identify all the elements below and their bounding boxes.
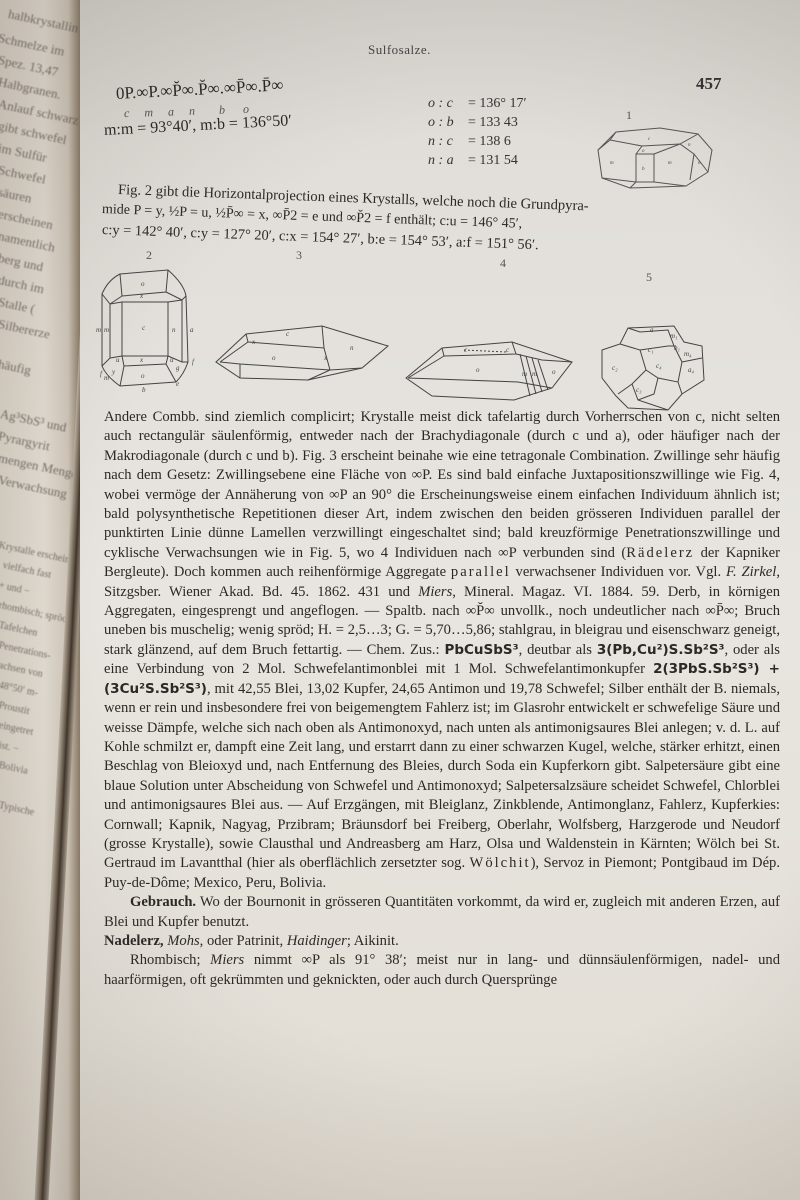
angle-row: o : b= 133 43	[428, 113, 527, 132]
chemical-formula: 3(Pb,Cu²)S.Sb²S³	[597, 642, 725, 658]
left-page-text: 48°50′ m-	[0, 680, 39, 699]
figure-number: 4	[500, 256, 506, 271]
svg-text:e: e	[176, 380, 179, 388]
svg-text:c: c	[506, 346, 510, 354]
svg-text:c: c	[464, 346, 468, 354]
angle-row: n : c= 138 6	[428, 132, 527, 151]
crystal-drawing-2: oxc namm uxu gfo bem fy	[96, 266, 196, 394]
svg-text:f: f	[100, 370, 103, 378]
body-text: Andere Combb. sind ziemlich complicirt; …	[104, 408, 780, 990]
svg-text:x: x	[139, 292, 144, 300]
svg-text:m: m	[104, 326, 109, 334]
crystal-drawing-3: cxo nx	[212, 320, 392, 392]
svg-text:u: u	[116, 356, 120, 364]
left-page-text: + und −	[0, 580, 31, 597]
svg-text:m₄: m₄	[684, 350, 692, 358]
svg-text:a: a	[650, 326, 654, 334]
svg-text:o: o	[552, 368, 556, 376]
svg-text:c₁: c₁	[648, 346, 654, 354]
svg-text:o: o	[141, 372, 145, 380]
left-page-text: Stalle (	[0, 294, 36, 317]
svg-text:g: g	[176, 364, 180, 372]
paragraph-nadelerz-description: Rhombisch; Miers nimmt ∞P als 91° 38′; m…	[104, 951, 780, 990]
svg-text:c₂: c₂	[612, 364, 618, 372]
crystal-forms-formula: 0P.∞P.∞P̆∞.P̆∞.∞P̄∞.P̄∞	[115, 75, 283, 104]
svg-text:m: m	[96, 326, 101, 334]
svg-text:m: m	[610, 161, 614, 166]
figure-number: 2	[146, 248, 152, 263]
svg-text:o: o	[141, 280, 145, 288]
svg-text:u: u	[170, 356, 174, 364]
angle-table: o : c= 136° 17′ o : b= 133 43 n : c= 138…	[428, 94, 527, 170]
left-page-text: vielfach fast	[2, 560, 52, 581]
svg-text:c₄: c₄	[656, 362, 662, 370]
figure-number: 5	[646, 270, 652, 285]
left-page-text: Typische	[0, 800, 35, 818]
book-page: Sulfosalze. 457 0P.∞P.∞P̆∞.P̆∞.∞P̄∞.P̄∞ …	[80, 0, 800, 1200]
left-page-text: achsen von	[0, 660, 44, 680]
svg-text:a: a	[190, 326, 194, 334]
svg-text:y: y	[111, 368, 116, 376]
crystal-drawing-4: cco mmo	[402, 336, 582, 406]
left-page-text: eingetret	[0, 720, 34, 738]
svg-text:x: x	[139, 356, 144, 364]
paragraph-nadelerz-title: Nadelerz, Mohs, oder Patrinit, Haidinger…	[104, 932, 780, 951]
term-woelchit: Wölchit	[470, 855, 531, 871]
left-page-text: säuren	[0, 184, 33, 207]
running-head: Sulfosalze.	[368, 42, 431, 58]
author-miers: Miers	[418, 584, 452, 600]
left-page-text: Pyrargyrit	[0, 428, 51, 455]
left-page-text: ist. −	[0, 740, 20, 755]
svg-text:b₁: b₁	[674, 344, 680, 352]
left-page-text: Tafelchen	[0, 620, 38, 639]
svg-text:n: n	[688, 143, 691, 148]
left-page-text: Bolivia	[0, 760, 29, 777]
svg-text:b: b	[142, 386, 146, 394]
svg-text:m: m	[668, 161, 672, 166]
svg-text:c: c	[286, 330, 290, 338]
svg-text:b: b	[642, 167, 645, 172]
figure-number: 3	[296, 248, 302, 263]
svg-text:o: o	[476, 366, 480, 374]
section-heading-gebrauch: Gebrauch.	[130, 894, 196, 910]
svg-text:o: o	[272, 354, 276, 362]
svg-text:m: m	[532, 370, 537, 378]
left-page-text: Silbererze	[0, 316, 52, 343]
left-page-text: durch im	[0, 272, 46, 297]
term-raedelerz: Rädelerz	[626, 545, 694, 561]
mineral-heading-nadelerz: Nadelerz,	[104, 933, 164, 949]
svg-text:m: m	[522, 370, 527, 378]
angle-row: o : c= 136° 17′	[428, 94, 527, 113]
term-parallel: parallel	[451, 564, 511, 580]
crystal-drawing-1: cnm bmon	[590, 120, 720, 192]
svg-text:c: c	[648, 137, 651, 142]
svg-text:m: m	[104, 374, 109, 382]
paragraph-gebrauch: Gebrauch. Wo der Bournonit in grösseren …	[104, 893, 780, 932]
svg-text:c: c	[142, 324, 146, 332]
page-number: 457	[696, 74, 722, 94]
author-zirkel: F. Zirkel	[726, 564, 776, 580]
left-page-text: im Sulfür	[0, 140, 48, 166]
paragraph-bournonit-description: Andere Combb. sind ziemlich complicirt; …	[104, 408, 780, 893]
left-page-text: häufig	[0, 356, 32, 379]
left-page-text: Proustit	[0, 700, 30, 717]
left-page-text: Penetrations-	[0, 640, 52, 662]
chemical-formula: PbCuSbS³	[444, 642, 518, 658]
svg-text:m₁: m₁	[670, 332, 678, 340]
svg-text:a₄: a₄	[688, 366, 695, 374]
left-page-text: halbkrystallin	[7, 6, 80, 37]
angle-row: n : a= 131 54	[428, 151, 527, 170]
svg-text:n: n	[172, 326, 176, 334]
left-page-text: berg und	[0, 250, 45, 275]
svg-text:x: x	[251, 338, 256, 346]
crystal-drawing-5: am₁b₁ c₁c₂c₄ m₄a₄c₃	[598, 322, 708, 414]
left-page-text: Schwefel	[0, 162, 47, 188]
svg-text:n: n	[350, 344, 354, 352]
svg-text:f: f	[192, 358, 195, 366]
svg-text:o: o	[642, 149, 645, 154]
svg-text:c₃: c₃	[636, 386, 642, 394]
